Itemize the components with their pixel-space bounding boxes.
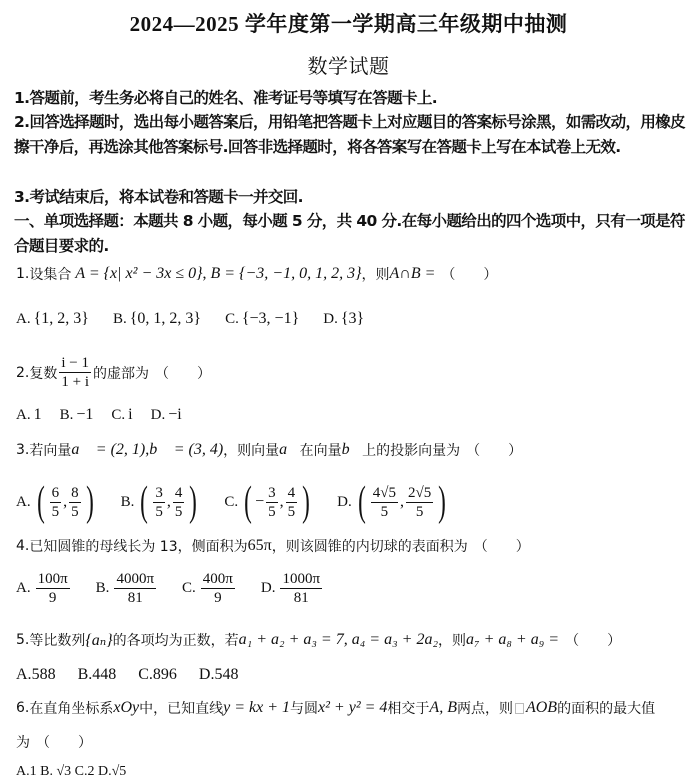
instruction-1: 1.答题前，考生务必将自己的姓名、准考证号等填写在答题卡上. — [14, 86, 689, 111]
option-c: C.400π9 — [182, 570, 237, 607]
exam-title: 2024—2025 学年度第一学期高三年级期中抽测 — [0, 8, 697, 38]
question-2: 2. 复数 i − 1 1 + i 的虚部为 （ ） — [16, 354, 211, 391]
vector-b: b⃗ = (3, 4) — [149, 441, 223, 459]
option-c: C.i — [111, 406, 132, 424]
option-d: D.548 — [199, 666, 239, 684]
option-b: B.448 — [78, 666, 117, 684]
set-a: A = {x| x² − 3x ≤ 0} — [75, 265, 202, 283]
option-d: D.{3} — [323, 310, 364, 328]
option-b: B.(35,45) — [121, 481, 201, 523]
option-b: B.−1 — [60, 406, 94, 424]
option-c: C.{−3, −1} — [225, 310, 299, 328]
question-6: 6. 在直角坐标系 xOy 中，已知直线 y = kx + 1 与圆 x² + … — [16, 698, 655, 718]
question-3: 3. 若向量 a⃗ = (2, 1) , b⃗ = (3, 4) ，则向量 a⃗… — [16, 440, 522, 460]
instruction-2: 2.回答选择题时，选出每小题答案后，用铅笔把答题卡上对应题目的答案标号涂黑，如需… — [14, 110, 689, 160]
question-2-options: A.1 B.−1 C.i D.−i — [16, 406, 206, 424]
question-5: 5. 等比数列 {aₙ} 的各项均为正数，若 a₁ + a₂ + a₃ = 7,… — [16, 630, 621, 650]
question-6-line-2: 为 （ ） — [16, 732, 92, 752]
instruction-3: 3.考试结束后，将本试卷和答题卡一并交回. — [14, 185, 689, 210]
answer-blank: （ ） — [474, 536, 530, 556]
exam-subtitle: 数学试题 — [0, 50, 697, 79]
question-4-options: A.100π9 B.4000π81 C.400π9 D.1000π81 — [16, 570, 348, 607]
option-d: D.1000π81 — [261, 570, 324, 607]
answer-blank: （ ） — [441, 264, 497, 284]
question-1: 1. 设集合 A = {x| x² − 3x ≤ 0} , B = {−3, −… — [16, 264, 497, 284]
question-1-options: A.{1, 2, 3} B.{0, 1, 2, 3} C.{−3, −1} D.… — [16, 310, 388, 328]
option-c: C.896 — [138, 666, 177, 684]
section-heading: 一、单项选择题：本题共 8 小题，每小题 5 分，共 40 分.在每小题给出的四… — [14, 209, 689, 259]
question-4: 4. 已知圆锥的母线长为 13，侧面积为 65π ，则该圆锥的内切球的表面积为 … — [16, 536, 530, 556]
question-5-options: A.588 B.448 C.896 D.548 — [16, 666, 262, 684]
question-3-options: A.(65,85) B.(35,45) C.(−35,45) D.(4√55,2… — [16, 481, 473, 523]
option-b: B.4000π81 — [96, 570, 158, 607]
exam-page: 2024—2025 学年度第一学期高三年级期中抽测 数学试题 1.答题前，考生务… — [0, 0, 697, 781]
triangle-symbol-placeholder — [515, 703, 524, 714]
option-d: D.(4√55,2√55) — [337, 481, 449, 523]
option-a: A.(65,85) — [16, 481, 97, 523]
option-c: C.(−35,45) — [224, 481, 313, 523]
answer-blank: （ ） — [466, 440, 522, 460]
option-a: A.1 — [16, 406, 42, 424]
option-d: D.−i — [151, 406, 182, 424]
answer-blank: （ ） — [155, 363, 211, 383]
option-a: A.100π9 — [16, 570, 72, 607]
complex-fraction: i − 1 1 + i — [59, 354, 91, 391]
answer-blank: （ ） — [36, 732, 92, 752]
option-b: B.{0, 1, 2, 3} — [113, 310, 201, 328]
vector-a: a⃗ = (2, 1) — [71, 441, 145, 459]
set-b: B = {−3, −1, 0, 1, 2, 3} — [211, 265, 362, 283]
question-6-options-clipped: A.1 B. √3 C.2 D.√5 — [16, 764, 126, 780]
option-a: A.{1, 2, 3} — [16, 310, 89, 328]
option-a: A.588 — [16, 666, 56, 684]
answer-blank: （ ） — [565, 630, 621, 650]
